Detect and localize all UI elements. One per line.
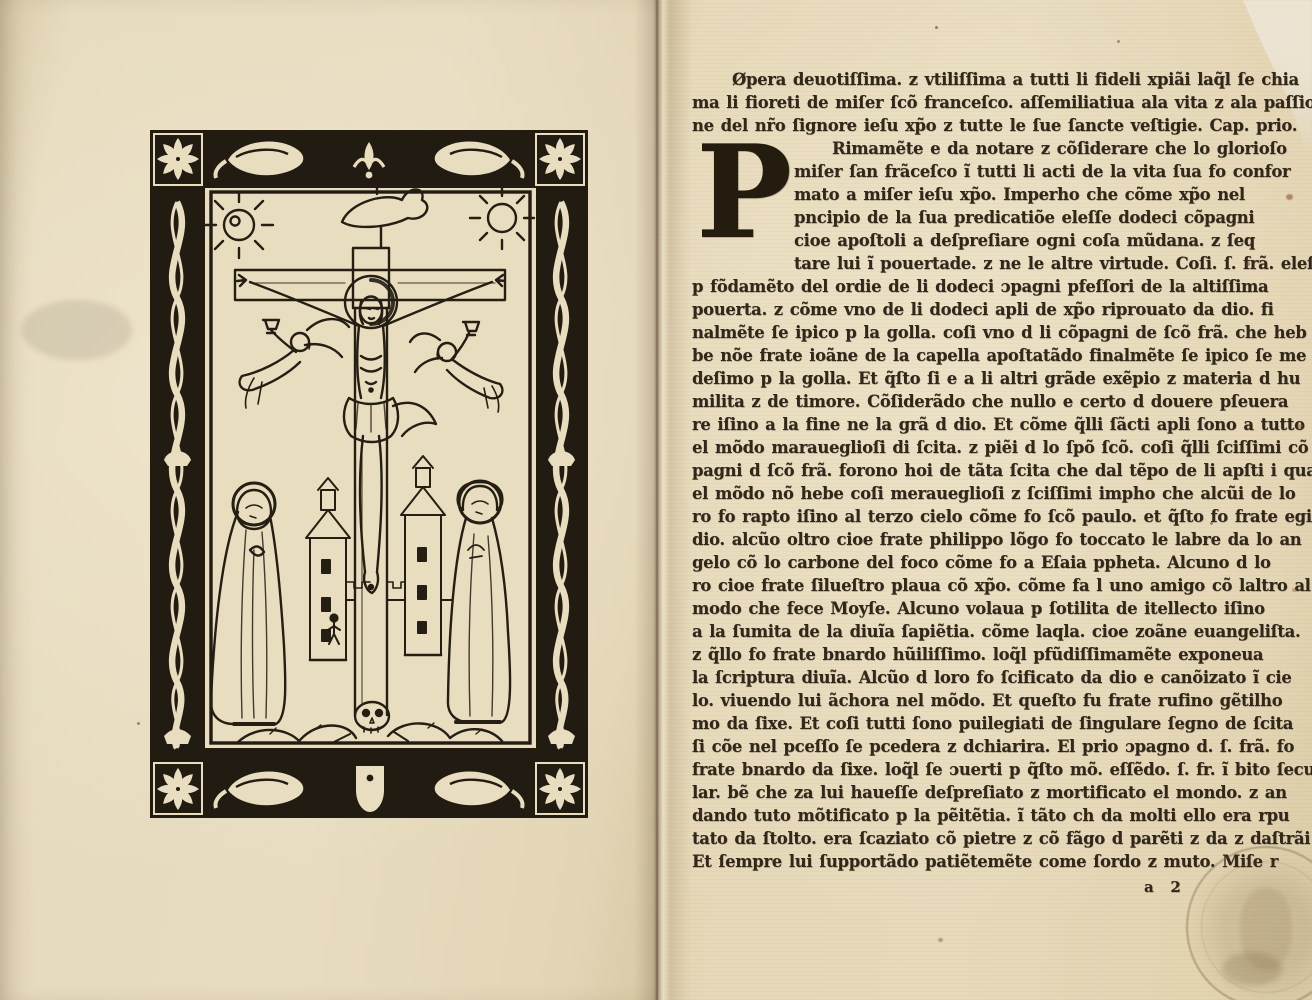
text-line: ma li fioreti de miſer ſcõ franceſco. aſ… (692, 91, 1254, 114)
text-line: ro cioe frate ſilueſtro plaua cõ xp̃o. c… (692, 574, 1254, 597)
text-line: a la ſumita de la diuĩa ſapiẽtia. cõme l… (692, 620, 1254, 643)
text-line: re iſino a la fine ne la grã d dio. Et c… (692, 413, 1254, 436)
text-line: dando tuto mõtificato p la pẽitẽtia. ĩ t… (692, 804, 1254, 827)
text-line: ne del nr̃o ſignore ieſu xp̃o z tutte le… (692, 114, 1254, 137)
text-line: lar. bẽ che za lui haueſſe deſpreſiato z… (692, 781, 1254, 804)
text-line: Øpera deuotiſſima. z vtiliſſima a tutti … (692, 68, 1254, 91)
text-line: milita z de timore. Cõſiderãdo che nullo… (692, 390, 1254, 413)
text-line: tato da ſtolto. era ſcaziato cõ pietre z… (692, 827, 1254, 850)
text-line: p fõdamẽto del ordie de li dodeci ɔpagni… (692, 275, 1254, 298)
text-line: pagni d ſcõ frã. forono hoi de tãta ſcit… (692, 459, 1254, 482)
text-line: be nõe frate ioãne de la capella apoſtat… (692, 344, 1254, 367)
text-line: ſi cõe nel pceſſo ſe pcedera z dchiarira… (692, 735, 1254, 758)
text-line: lo. viuendo lui ãchora nel mõdo. Et queſ… (692, 689, 1254, 712)
text-line: nalmẽte ſe ipico p la golla. coſi vno d … (692, 321, 1254, 344)
book-spread: Øpera deuotiſſima. z vtiliſſima a tutti … (0, 0, 1312, 1000)
text-line: frate bnardo da ſixe. loq̃l ſe ɔuerti p … (692, 758, 1254, 781)
incipit-heading: Øpera deuotiſſima. z vtiliſſima a tutti … (692, 68, 1254, 137)
text-line: la ſcriptura diuĩa. Alcũo d loro fo ſcif… (692, 666, 1254, 689)
right-page-text: Øpera deuotiſſima. z vtiliſſima a tutti … (692, 68, 1254, 898)
text-line: dio. alcũo oltro cioe frate philippo lõg… (692, 528, 1254, 551)
drop-cap: P (696, 145, 780, 255)
first-chapter: P Rimamẽte e da notare z cõſiderare che … (692, 137, 1254, 873)
text-line: el mõdo nõ hebe coſi meraueglioſi z ſciſ… (692, 482, 1254, 505)
sun-icon (205, 192, 273, 258)
text-line: ro fo rapto iſino al terzo cielo cõme fo… (692, 505, 1254, 528)
text-line: pouerta. z cõme vno de li dodeci apli de… (692, 298, 1254, 321)
text-line: gelo cõ lo carbone del foco cõme fo a Eſ… (692, 551, 1254, 574)
text-line: Et ſempre lui ſupportãdo patiẽtemẽte com… (692, 850, 1254, 873)
text-line: mo da ſixe. Et coſi tutti ſono puilegiat… (692, 712, 1254, 735)
body-lines: tare lui ĩ pouertade. z ne le altre virt… (692, 252, 1254, 873)
page-edge-line (656, 0, 658, 1000)
text-line: z q̃llo fo frate bnardo hũiliſſimo. loq̃… (692, 643, 1254, 666)
text-line: modo che fece Moyſe. Alcuno volaua p ſot… (692, 597, 1254, 620)
crucifixion-woodcut (150, 130, 588, 818)
signature-mark: a 2 (692, 876, 1254, 898)
text-line: el mõdo maraueglioſi di ſcita. z piẽi d … (692, 436, 1254, 459)
text-line: deſimo p la golla. Et q̃ſto ſi e a li al… (692, 367, 1254, 390)
